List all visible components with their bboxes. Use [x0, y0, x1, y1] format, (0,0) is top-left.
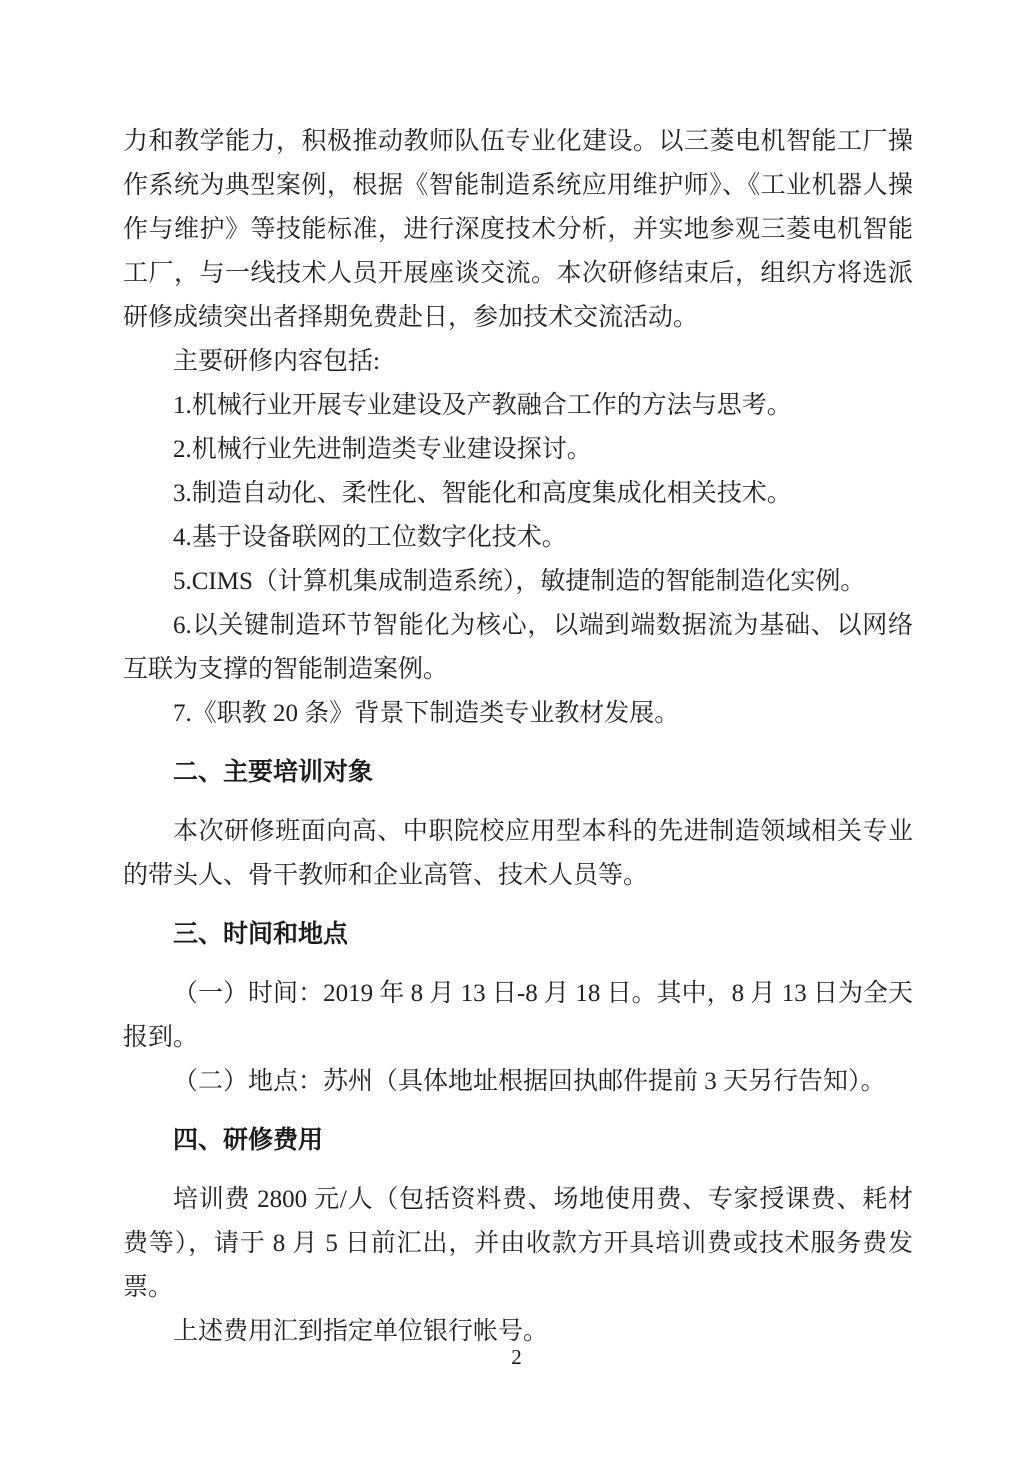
training-targets-paragraph: 本次研修班面向高、中职院校应用型本科的先进制造领域相关专业的带头人、骨干教师和企… [123, 810, 913, 898]
content-intro-line: 主要研修内容包括: [123, 340, 913, 384]
intro-paragraph: 力和教学能力，积极推动教师队伍专业化建设。以三菱电机智能工厂操作系统为典型案例，… [123, 120, 913, 340]
time-paragraph: （一）时间：2019 年 8 月 13 日-8 月 18 日。其中，8 月 13… [123, 972, 913, 1060]
section-heading-time-and-place: 三、时间和地点 [123, 912, 913, 956]
list-item-1: 1.机械行业开展专业建设及产教融合工作的方法与思考。 [123, 384, 913, 428]
list-item-7: 7.《职教 20 条》背景下制造类专业教材发展。 [123, 692, 913, 736]
location-paragraph: （二）地点：苏州（具体地址根据回执邮件提前 3 天另行告知）。 [123, 1060, 913, 1104]
list-item-2: 2.机械行业先进制造类专业建设探讨。 [123, 428, 913, 472]
list-item-6: 6.以关键制造环节智能化为核心，以端到端数据流为基础、以网络互联为支撑的智能制造… [123, 604, 913, 692]
page-number: 2 [0, 1345, 1033, 1370]
section-heading-training-targets: 二、主要培训对象 [123, 750, 913, 794]
document-page: 力和教学能力，积极推动教师队伍专业化建设。以三菱电机智能工厂操作系统为典型案例，… [0, 0, 1033, 1461]
document-content: 力和教学能力，积极推动教师队伍专业化建设。以三菱电机智能工厂操作系统为典型案例，… [123, 120, 913, 1354]
section-heading-fees: 四、研修费用 [123, 1118, 913, 1162]
list-item-3: 3.制造自动化、柔性化、智能化和高度集成化相关技术。 [123, 472, 913, 516]
list-item-5: 5.CIMS（计算机集成制造系统），敏捷制造的智能制造化实例。 [123, 560, 913, 604]
fee-paragraph: 培训费 2800 元/人（包括资料费、场地使用费、专家授课费、耗材费等），请于 … [123, 1178, 913, 1310]
list-item-4: 4.基于设备联网的工位数字化技术。 [123, 516, 913, 560]
